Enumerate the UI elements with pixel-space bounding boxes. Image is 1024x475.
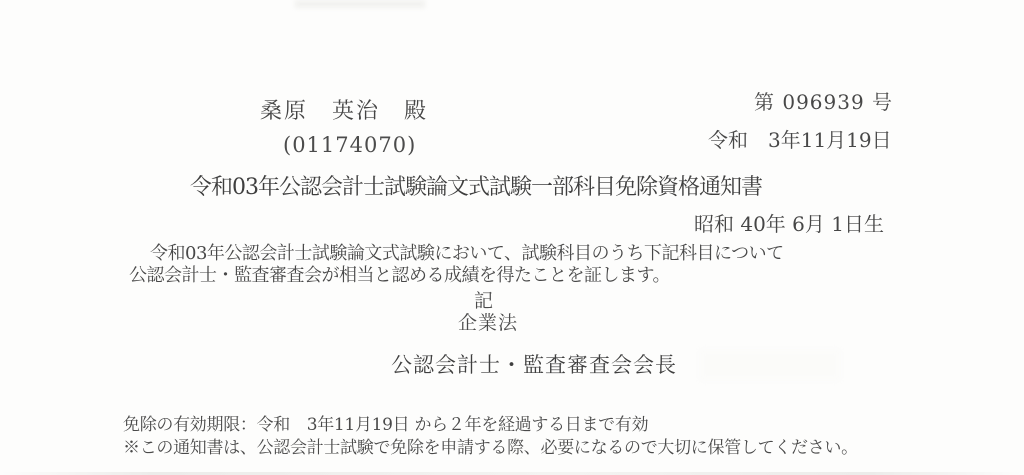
issuer-title: 公認会計士・監査審査会会長 <box>391 349 677 379</box>
document-title: 令和03年公認会計士試験論文式試験一部科目免除資格通知書 <box>190 170 762 201</box>
scan-artifact <box>295 0 425 8</box>
exemption-validity-line: 免除の有効期限：令和 3年11月19日 から２年を経過する日まで有効 <box>123 410 648 435</box>
body-text-line2: 公認会計士・監査審査会が相当と認める成績を得たことを証します。 <box>129 261 670 287</box>
exempted-subject: 企業法 <box>458 308 518 335</box>
recipient-id-number: (01174070) <box>283 133 416 157</box>
scanned-certificate-document: 桑原 英治 殿 (01174070) 第 096939 号 令和 3年11月19… <box>0 0 1024 475</box>
issue-date: 令和 3年11月19日 <box>708 124 892 153</box>
recipient-name: 桑原 英治 殿 <box>260 94 428 125</box>
retention-note-line: ※この通知書は、公認会計士試験で免除を申請する際、必要になるので大切に保管してく… <box>123 433 858 458</box>
document-number: 第 096939 号 <box>754 86 893 115</box>
birth-date: 昭和 40年 6月 1日生 <box>694 208 884 237</box>
scan-artifact <box>700 350 840 380</box>
